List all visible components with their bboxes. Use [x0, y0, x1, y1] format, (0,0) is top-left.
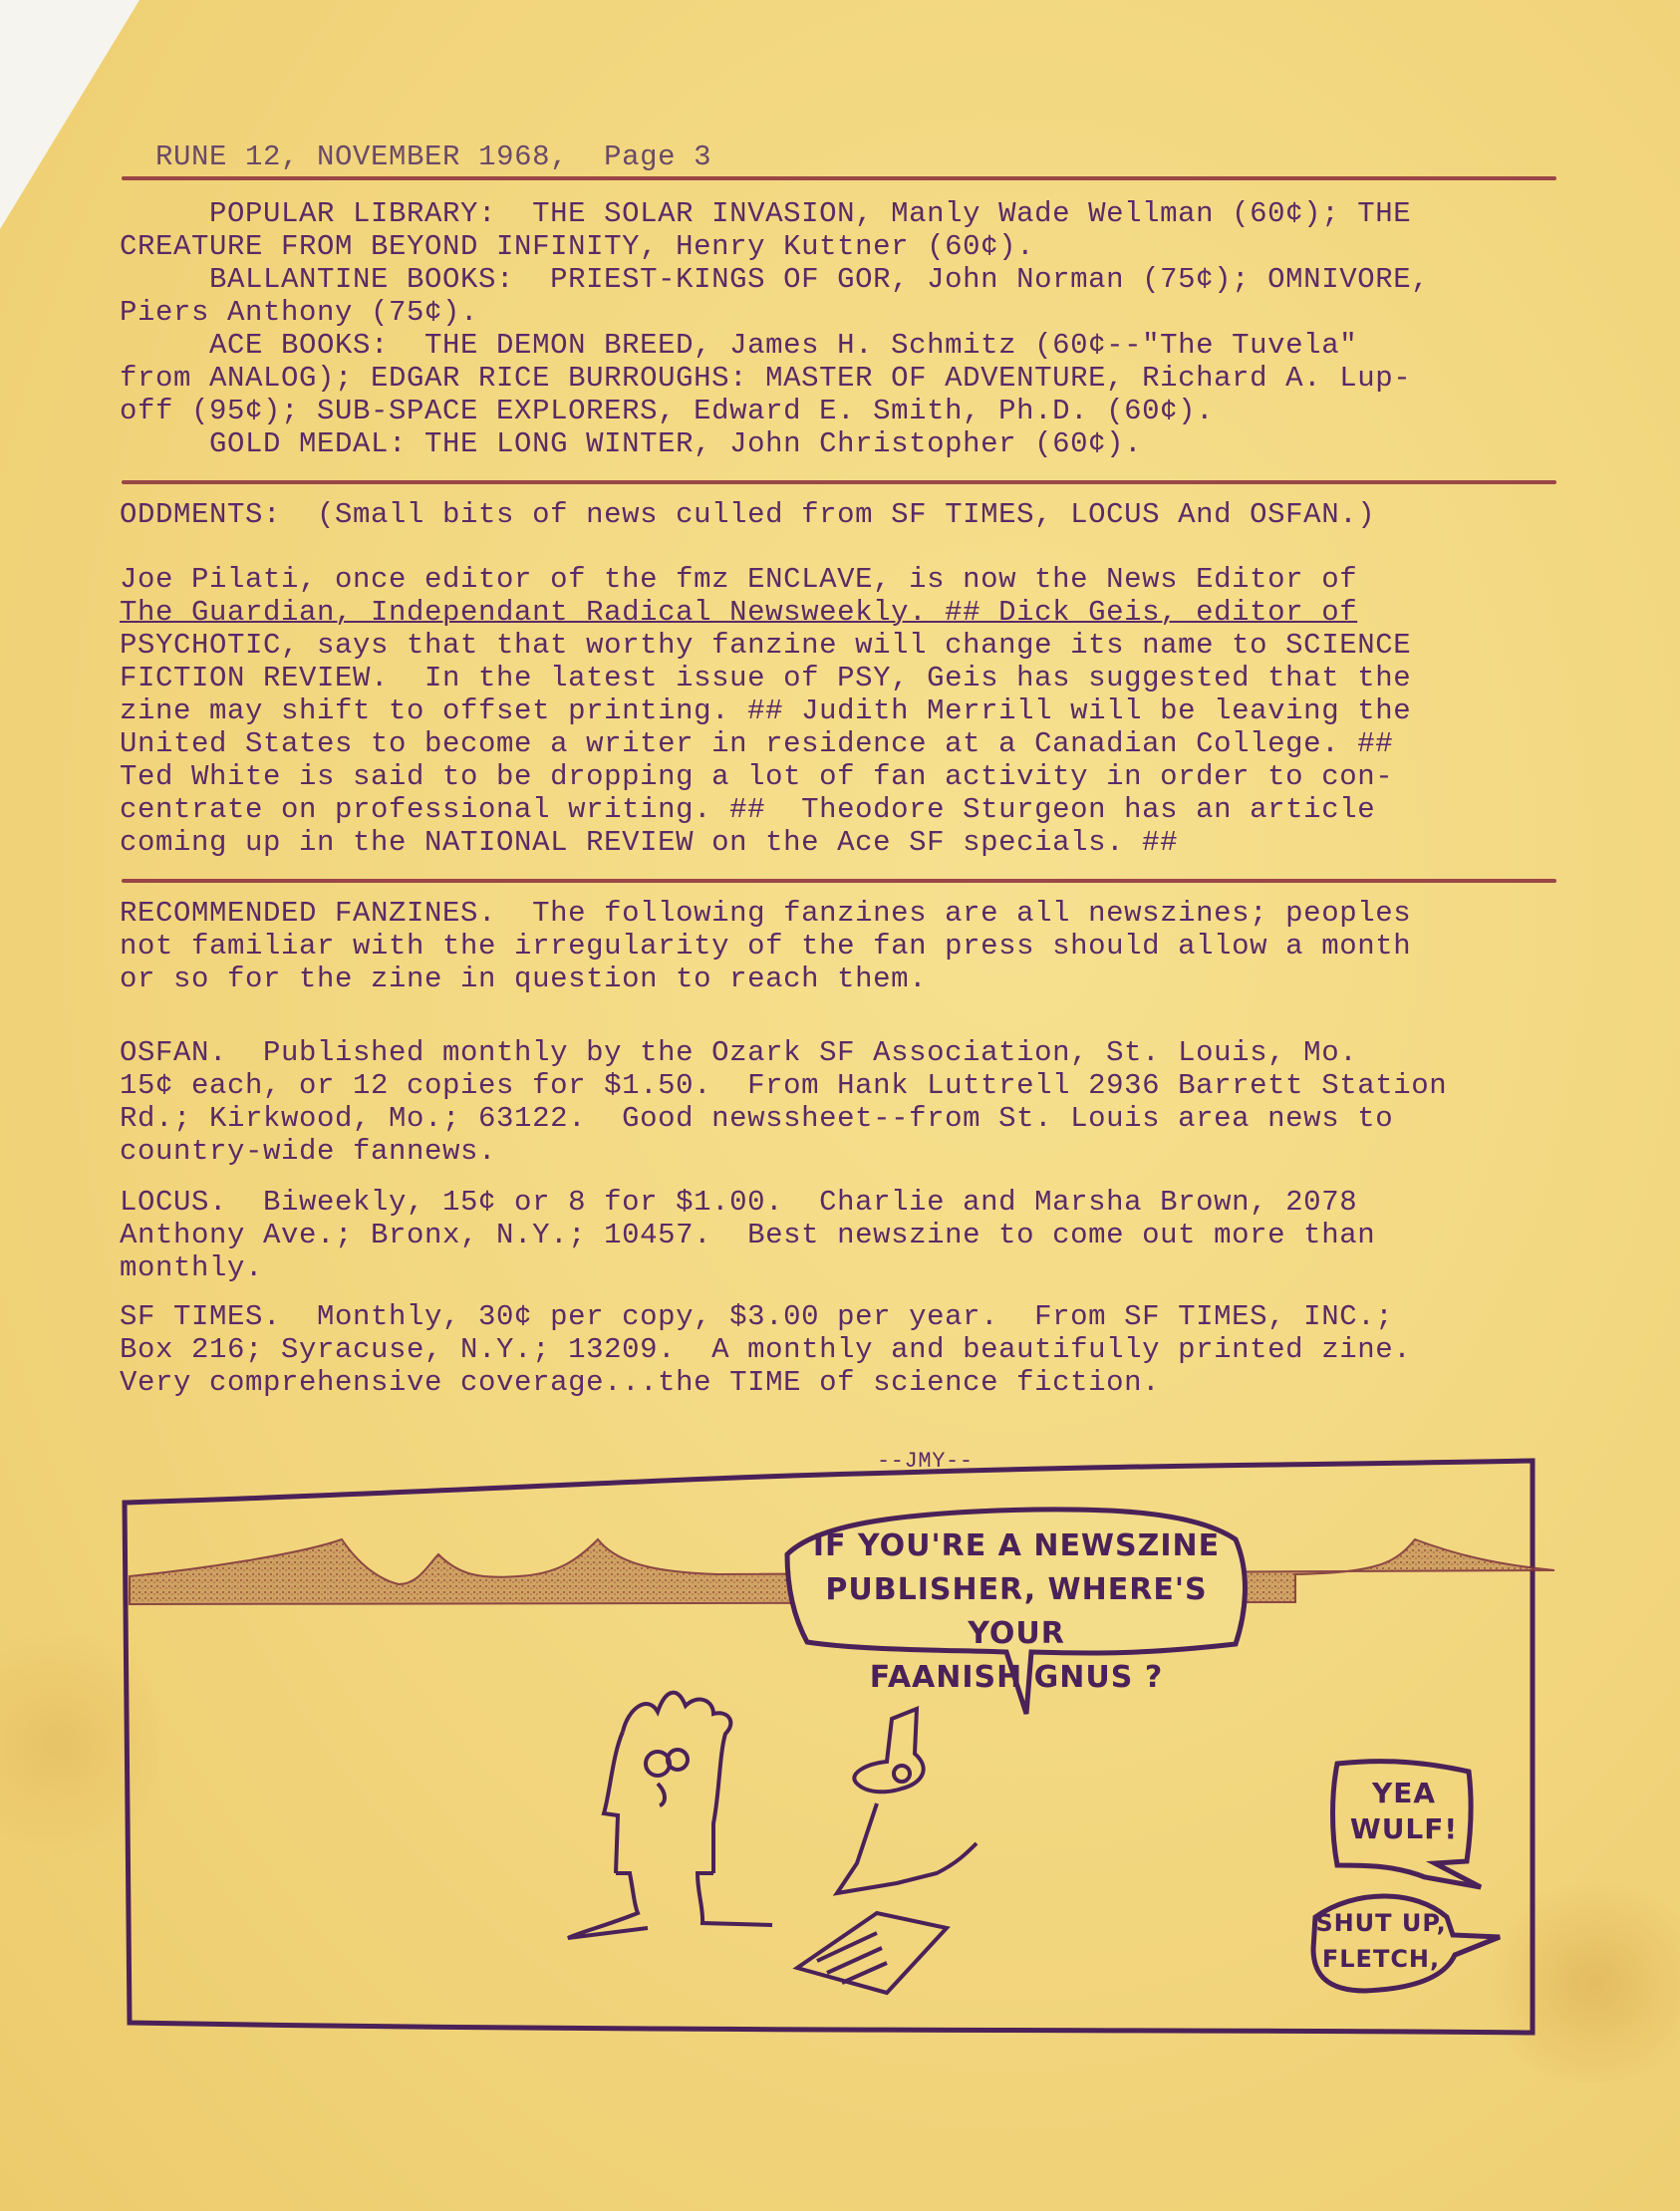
yea-bubble-text: YEA WULF! [1341, 1776, 1467, 1847]
bubble-line: PUBLISHER, WHERE'S YOUR [797, 1568, 1236, 1656]
bubble-line: IF YOU'RE A NEWSZINE [797, 1524, 1236, 1568]
wolf-figure [797, 1709, 977, 1993]
bubble-line: YEA [1341, 1776, 1467, 1811]
bubble-line: FLETCH, [1311, 1941, 1451, 1977]
main-bubble-text: IF YOU'RE A NEWSZINE PUBLISHER, WHERE'S … [797, 1524, 1236, 1700]
shut-bubble-text: SHUT UP, FLETCH, [1311, 1905, 1451, 1977]
bubble-line: SHUT UP, [1311, 1905, 1451, 1941]
bubble-line: FAANISH GNUS ? [797, 1656, 1236, 1700]
standing-figure [568, 1693, 772, 1938]
cartoon-panel [0, 0, 1680, 2211]
bubble-line: WULF! [1341, 1811, 1467, 1847]
